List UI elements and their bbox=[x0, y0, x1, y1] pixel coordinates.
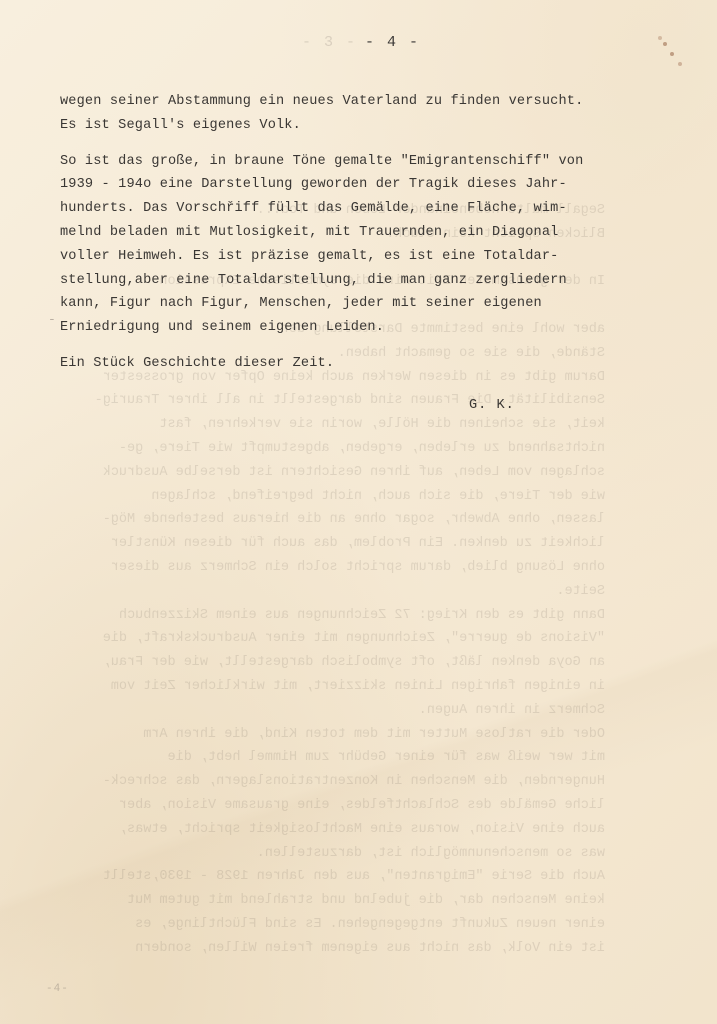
text-line: melnd beladen mit Mutlosigkeit, mit Trau… bbox=[60, 221, 670, 245]
paragraph: So ist das große, in braune Töne gemalte… bbox=[60, 150, 670, 340]
margin-mark: - bbox=[48, 312, 56, 327]
text-line: kann, Figur nach Figur, Menschen, jeder … bbox=[60, 292, 670, 316]
page-number: - 4 - bbox=[365, 34, 420, 51]
author-initials: G. K. bbox=[469, 398, 515, 413]
paragraph: wegen seiner Abstammung ein neues Vaterl… bbox=[60, 90, 670, 138]
text-line: Es ist Segall's eigenes Volk. bbox=[60, 114, 670, 138]
text-line: 1939 - 194o eine Darstellung geworden de… bbox=[60, 173, 670, 197]
text-line: So ist das große, in braune Töne gemalte… bbox=[60, 150, 670, 174]
typed-body-text: wegen seiner Abstammung ein neues Vaterl… bbox=[60, 90, 670, 376]
text-line: Ein Stück Geschichte dieser Zeit. bbox=[60, 352, 670, 376]
text-line: wegen seiner Abstammung ein neues Vaterl… bbox=[60, 90, 670, 114]
ink-stains bbox=[650, 30, 700, 70]
text-line: hunderts. Das Vorschřiff füllt das Gemäl… bbox=[60, 197, 670, 221]
footer-page-mark: -4- bbox=[46, 983, 69, 995]
text-line: stellung,aber eine Totaldarstellung, die… bbox=[60, 269, 670, 293]
paper-page: Segall malte nebeneinander Leben und Tod… bbox=[0, 0, 717, 1024]
paragraph: Ein Stück Geschichte dieser Zeit. bbox=[60, 352, 670, 376]
text-line: voller Heimweh. Es ist präzise gemalt, e… bbox=[60, 245, 670, 269]
ghost-page-number: - 3 - bbox=[302, 34, 357, 51]
text-line: Erniedrigung und seinem eigenen Leiden. bbox=[60, 316, 670, 340]
